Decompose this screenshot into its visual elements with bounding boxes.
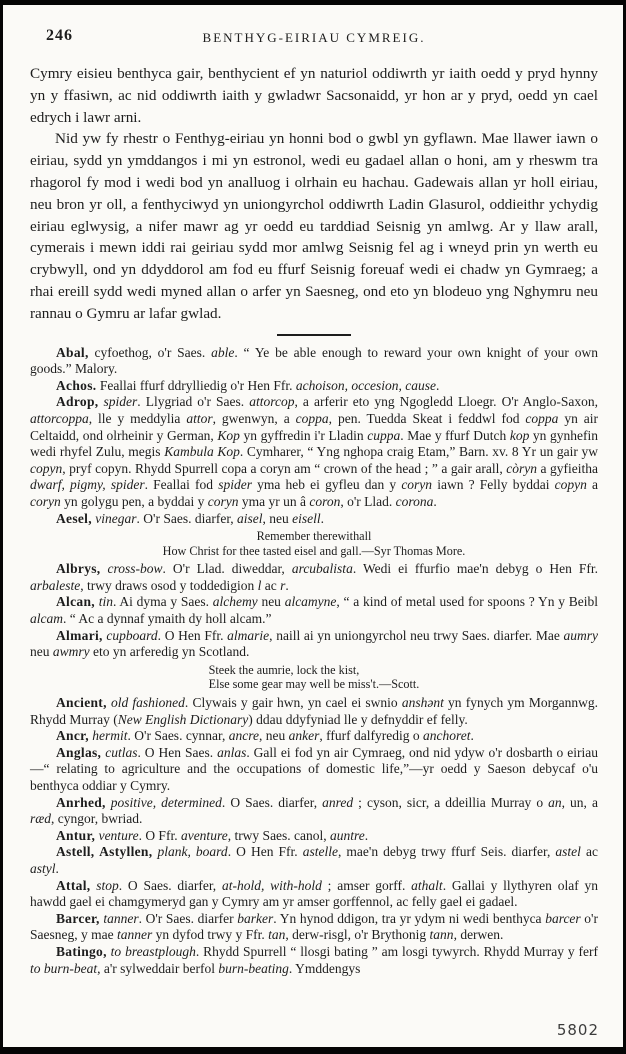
italic-term: eisell	[292, 511, 321, 526]
dictionary-entry: Antur, venture. O Ffr. aventure, trwy Sa…	[30, 828, 598, 845]
dictionary-entry: Alcan, tin. Ai dyma y Saes. alchemy neu …	[30, 594, 598, 627]
italic-term: anlas	[217, 745, 246, 760]
dictionary-entry: Barcer, tanner. O'r Saes. diarfer barker…	[30, 911, 598, 944]
italic-term: còryn	[506, 461, 537, 476]
italic-term: to breastplough	[107, 944, 196, 959]
italic-term: copyn	[30, 461, 62, 476]
verse-line: Else some gear may well be miss't.—Scott…	[209, 677, 420, 692]
dictionary-entry: Aesel, vinegar. O'r Saes. diarfer, aisel…	[30, 511, 598, 528]
italic-term: New English Dictionary	[118, 712, 249, 727]
italic-term: coppa	[525, 411, 558, 426]
italic-term: r	[280, 578, 285, 593]
italic-term: barcer	[545, 911, 581, 926]
entry-headword: Antur,	[56, 828, 95, 843]
verse-quotation: Remember therewithallHow Christ for thee…	[30, 529, 598, 558]
italic-term: tanner	[117, 927, 152, 942]
scan-stamp-number: 5802	[557, 1021, 599, 1039]
italic-term: awmry	[53, 644, 90, 659]
entry-headword: Achos.	[56, 378, 96, 393]
scanned-book-page: 246 BENTHYG-EIRIAU CYMREIG. Cymry eisieu…	[0, 0, 626, 1054]
italic-term: positive, determined	[106, 795, 222, 810]
italic-term: cross-bow	[100, 561, 162, 576]
dictionary-entry: Anrhed, positive, determined. O Saes. di…	[30, 795, 598, 828]
italic-term: an	[548, 795, 562, 810]
italic-term: alcam	[30, 611, 63, 626]
italic-term: arcubalista	[292, 561, 353, 576]
italic-term: Kambula Kop	[164, 444, 240, 459]
italic-term: attorcoppa	[30, 411, 89, 426]
italic-term: coryn	[401, 477, 432, 492]
italic-term: astel	[555, 844, 581, 859]
italic-term: arbaleste	[30, 578, 80, 593]
italic-term: venture	[95, 828, 138, 843]
italic-term: aisel	[237, 511, 263, 526]
italic-term: astelle	[303, 844, 338, 859]
italic-term: cutlas	[101, 745, 137, 760]
italic-term: cuppa	[367, 428, 400, 443]
dictionary-entry: Adrop, spider. Llygriad o'r Saes. attorc…	[30, 394, 598, 510]
entry-headword: Ancient,	[56, 695, 107, 710]
verse-line: Steek the aumrie, lock the kist,	[209, 663, 420, 678]
dictionary-entry: Anglas, cutlas. O Hen Saes. anlas. Gall …	[30, 745, 598, 795]
italic-term: plank, board	[152, 844, 227, 859]
italic-term: at-hold, with-hold	[222, 878, 322, 893]
entry-headword: Batingo,	[56, 944, 107, 959]
italic-term: almarie	[227, 628, 269, 643]
italic-term: tan	[268, 927, 285, 942]
italic-term: attorcop	[249, 394, 294, 409]
entry-headword: Anglas,	[56, 745, 101, 760]
entry-headword: Almari,	[56, 628, 103, 643]
italic-term: coppa	[296, 411, 329, 426]
verse-line: How Christ for thee tasted eisel and gal…	[163, 544, 466, 559]
italic-term: spider	[218, 477, 252, 492]
italic-term: coron	[309, 494, 340, 509]
entry-headword: Adrop,	[56, 394, 98, 409]
italic-term: coryn	[30, 494, 61, 509]
italic-term: ancre	[229, 728, 259, 743]
dictionary-entry: Astell, Astyllen, plank, board. O Hen Ff…	[30, 844, 598, 877]
italic-term: tanner	[100, 911, 139, 926]
verse-line: Remember therewithall	[163, 529, 466, 544]
italic-term: stop	[90, 878, 118, 893]
dictionary-entry: Ancr, hermit. O'r Saes. cynnar, ancre, n…	[30, 728, 598, 745]
italic-term: ræd	[30, 811, 51, 826]
italic-term: cupboard	[103, 628, 158, 643]
italic-term: tin	[95, 594, 113, 609]
italic-term: copyn	[555, 477, 587, 492]
italic-term: able	[211, 345, 234, 360]
italic-term: auntre	[330, 828, 365, 843]
italic-term: vinegar	[92, 511, 137, 526]
italic-term: astyl	[30, 861, 56, 876]
dictionary-entry: Batingo, to breastplough. Rhydd Spurrell…	[30, 944, 598, 977]
italic-term: achoison, occesion, cause	[296, 378, 436, 393]
italic-term: corona	[396, 494, 434, 509]
italic-term: aumry	[564, 628, 599, 643]
entry-headword: Albrys,	[56, 561, 100, 576]
italic-term: anred	[322, 795, 353, 810]
entry-headword: Anrhed,	[56, 795, 106, 810]
dictionary-entry: Ancient, old fashioned. Clywais y gair h…	[30, 695, 598, 728]
italic-term: kop	[510, 428, 530, 443]
italic-term: burn-beating	[218, 961, 289, 976]
dictionary-entry: Almari, cupboard. O Hen Ffr. almarie, na…	[30, 628, 598, 661]
page-header: 246 BENTHYG-EIRIAU CYMREIG.	[30, 25, 598, 51]
italic-term: barker	[237, 911, 273, 926]
section-divider	[277, 334, 351, 336]
verse-quotation: Steek the aumrie, lock the kist,Else som…	[30, 663, 598, 692]
entry-headword: Attal,	[56, 878, 90, 893]
italic-term: tann	[430, 927, 454, 942]
entry-headword: Astell, Astyllen,	[56, 844, 152, 859]
italic-term: anker	[289, 728, 320, 743]
entry-headword: Abal,	[56, 345, 89, 360]
italic-term: athalt	[411, 878, 443, 893]
italic-term: dwarf, pigmy, spider	[30, 477, 145, 492]
entry-headword: Ancr,	[56, 728, 89, 743]
text-blocks: Cymry eisieu benthyca gair, benthycient …	[30, 63, 598, 977]
italic-term: aventure	[181, 828, 228, 843]
italic-term: alchemy	[213, 594, 258, 609]
italic-term: hermit	[89, 728, 128, 743]
italic-term: attor	[186, 411, 212, 426]
dictionary-entry: Abal, cyfoethog, o'r Saes. able. “ Ye be…	[30, 345, 598, 378]
running-title: BENTHYG-EIRIAU CYMREIG.	[30, 25, 598, 46]
italic-term: to burn-beat	[30, 961, 97, 976]
italic-term: coryn	[208, 494, 239, 509]
page-content: 246 BENTHYG-EIRIAU CYMREIG. Cymry eisieu…	[3, 5, 623, 977]
dictionary-entry: Achos. Feallai ffurf ddrylliedig o'r Hen…	[30, 378, 598, 395]
italic-term: old fashioned	[107, 695, 185, 710]
entry-headword: Alcan,	[56, 594, 95, 609]
dictionary-entry: Attal, stop. O Saes. diarfer, at-hold, w…	[30, 878, 598, 911]
intro-paragraph: Nid yw fy rhestr o Fenthyg-eiriau yn hon…	[30, 128, 598, 324]
italic-term: Kop	[217, 428, 240, 443]
italic-term: alcamyne	[285, 594, 337, 609]
entry-headword: Barcer,	[56, 911, 100, 926]
italic-term: anshənt	[402, 695, 444, 710]
italic-term: anchoret	[423, 728, 471, 743]
entry-headword: Aesel,	[56, 511, 92, 526]
italic-term: spider	[98, 394, 137, 409]
intro-paragraph: Cymry eisieu benthyca gair, benthycient …	[30, 63, 598, 128]
page-number: 246	[46, 27, 73, 45]
italic-term: l	[258, 578, 262, 593]
dictionary-entry: Albrys, cross-bow. O'r Llad. diweddar, a…	[30, 561, 598, 594]
